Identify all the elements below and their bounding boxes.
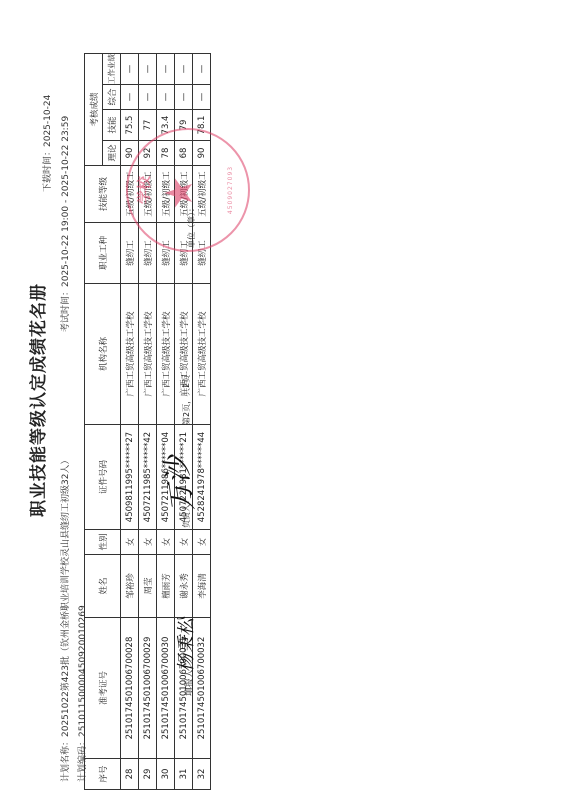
cell-org: 广西工贸高级技工学校	[121, 284, 139, 425]
cell-seq: 29	[139, 759, 157, 790]
cell-org: 广西工贸高级技工学校	[139, 284, 157, 425]
cell-name: 邹裕珍	[121, 555, 139, 618]
cell-ticket: 2510174501006700028	[121, 618, 139, 759]
responsible-signature: 万沙	[154, 453, 201, 514]
cell-name: 李海清	[193, 555, 211, 618]
header-theory: 理论	[103, 141, 121, 166]
cell-gender: 女	[139, 530, 157, 555]
cell-seq: 28	[121, 759, 139, 790]
seal-text: 学校	[134, 130, 154, 250]
cell-name: 谢永秀	[175, 555, 193, 618]
star-icon: ★	[160, 176, 198, 210]
cell-work: —	[121, 54, 139, 85]
cell-id: 4509811995******27	[121, 425, 139, 530]
cell-work: —	[139, 54, 157, 85]
cell-gender: 女	[157, 530, 175, 555]
cell-gender: 女	[121, 530, 139, 555]
cell-work: —	[157, 54, 175, 85]
cell-id: 4507211985******42	[139, 425, 157, 530]
header-trade: 职业工种	[85, 223, 121, 284]
header-scores: 考核成绩	[85, 54, 103, 166]
cell-seq: 31	[175, 759, 193, 790]
exam-time: 考试时间：2025-10-22 19:00 - 2025-10-22 23:59	[58, 116, 71, 332]
cell-comprehensive: —	[157, 85, 175, 110]
header-level: 技能等级	[85, 166, 121, 223]
cell-org: 广西工贸高级技工学校	[157, 284, 175, 425]
download-time: 下载时间：2025-10-24	[40, 95, 53, 192]
cell-comprehensive: —	[139, 85, 157, 110]
rotated-document-page: 职业技能等级认定成绩花名册 下载时间：2025-10-24 计划名称：20251…	[0, 0, 566, 800]
table-header-row: 序号 准考证号 姓名 性别 证件号码 机构名称 职业工种 技能等级 考核成绩	[85, 54, 103, 790]
cell-gender: 女	[175, 530, 193, 555]
cell-name: 周莹	[139, 555, 157, 618]
header-seq: 序号	[85, 759, 121, 790]
cell-work: —	[193, 54, 211, 85]
plan-name: 计划名称：20251022第423批（钦州金桥职业培训学校灵山县缝纫工初级32人…	[58, 456, 71, 782]
official-seal: 学校 ★ 4509027093	[126, 128, 250, 252]
cell-name: 檀雨芳	[157, 555, 175, 618]
seal-code: 4509027093	[227, 130, 234, 250]
cell-comprehensive: —	[121, 85, 139, 110]
header-skill: 技能	[103, 110, 121, 141]
cell-seq: 30	[157, 759, 175, 790]
cell-gender: 女	[193, 530, 211, 555]
cell-seq: 32	[193, 759, 211, 790]
page-number: 第2页，共2页	[181, 375, 192, 425]
header-id: 证件号码	[85, 425, 121, 530]
header-name: 姓名	[85, 555, 121, 618]
cell-work: —	[175, 54, 193, 85]
header-comprehensive: 综合	[103, 85, 121, 110]
header-org: 机构名称	[85, 284, 121, 425]
filler-signature: 杨秉松	[172, 618, 198, 672]
cell-comprehensive: —	[193, 85, 211, 110]
header-work: 工作业绩	[103, 54, 121, 85]
cell-comprehensive: —	[175, 85, 193, 110]
cell-org: 广西工贸高级技工学校	[193, 284, 211, 425]
cell-ticket: 2510174501006700029	[139, 618, 157, 759]
header-gender: 性别	[85, 530, 121, 555]
header-ticket: 准考证号	[85, 618, 121, 759]
